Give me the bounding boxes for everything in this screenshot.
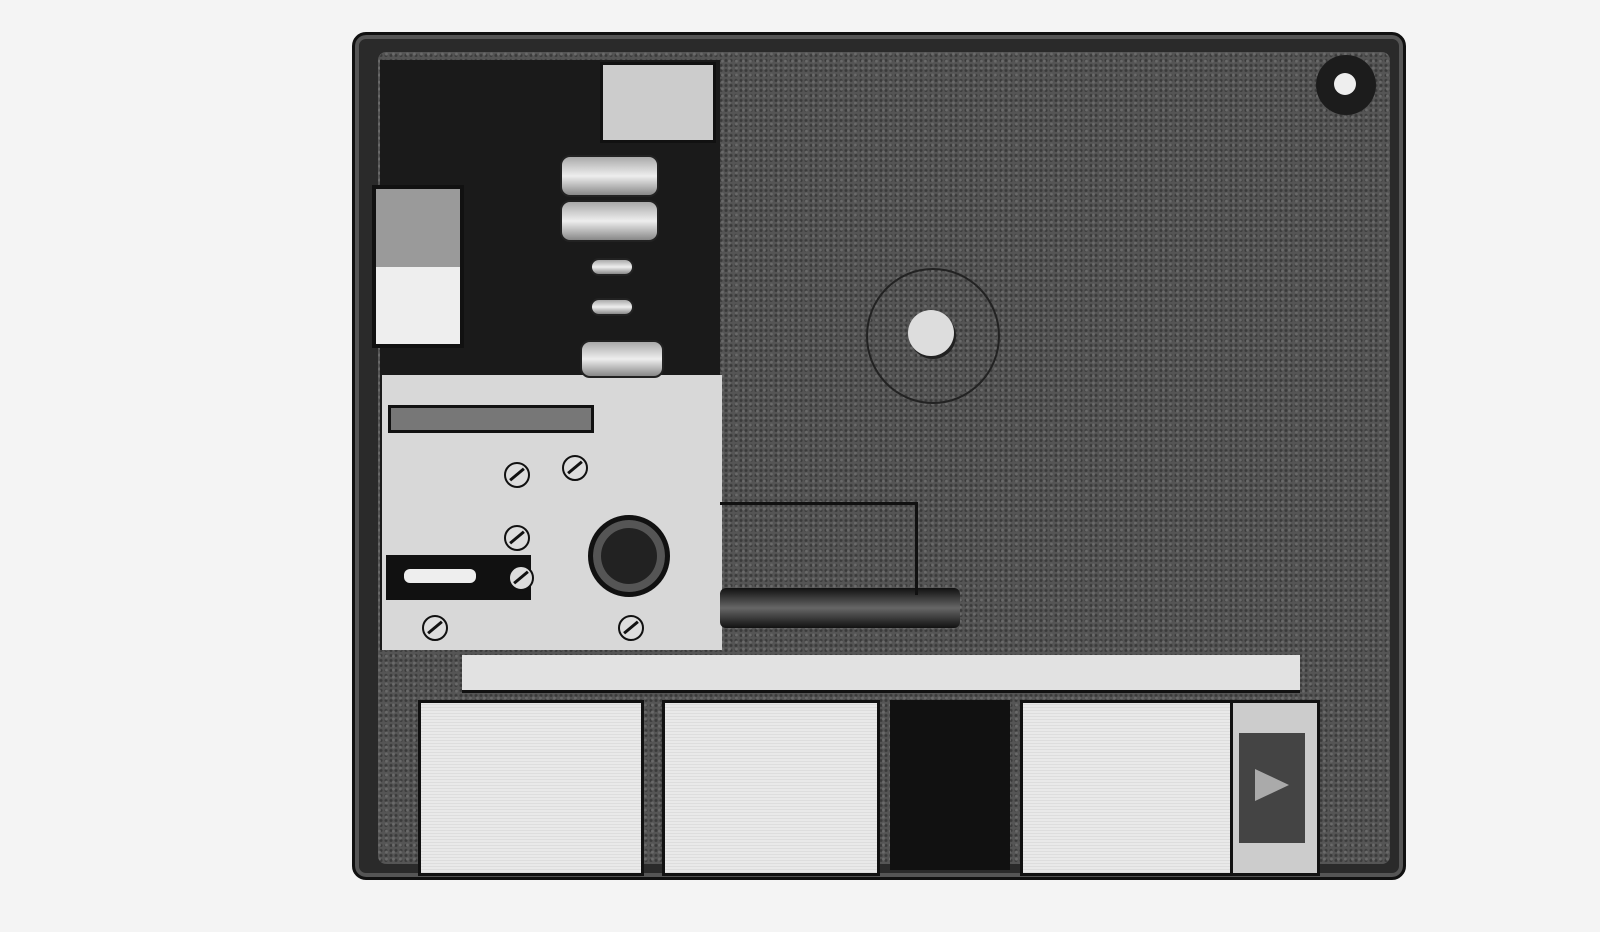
transformer [372, 185, 464, 348]
screw-icon [422, 615, 448, 641]
screw-icon [618, 615, 644, 641]
capacitor [560, 200, 659, 242]
wire [720, 502, 918, 595]
image-description: Grayscale photograph of the interior of … [0, 0, 1, 1]
battery-cell [1020, 700, 1234, 876]
terminal-strip [388, 405, 594, 433]
potentiometer [588, 515, 670, 597]
battery-contacts [890, 700, 1010, 870]
battery-cell [662, 700, 880, 876]
battery-rail [462, 655, 1300, 693]
capacitor [560, 155, 659, 197]
resistor [590, 258, 634, 276]
control-knob [908, 310, 954, 356]
battery-cell [418, 700, 644, 876]
resistor [590, 298, 634, 316]
indicator-window [1230, 700, 1320, 876]
screw-icon [562, 455, 588, 481]
capacitor [580, 340, 664, 378]
screw-icon [508, 565, 534, 591]
mounting-hole [1316, 55, 1376, 115]
screw-icon [504, 462, 530, 488]
relay [600, 62, 716, 143]
screw-icon [504, 525, 530, 551]
